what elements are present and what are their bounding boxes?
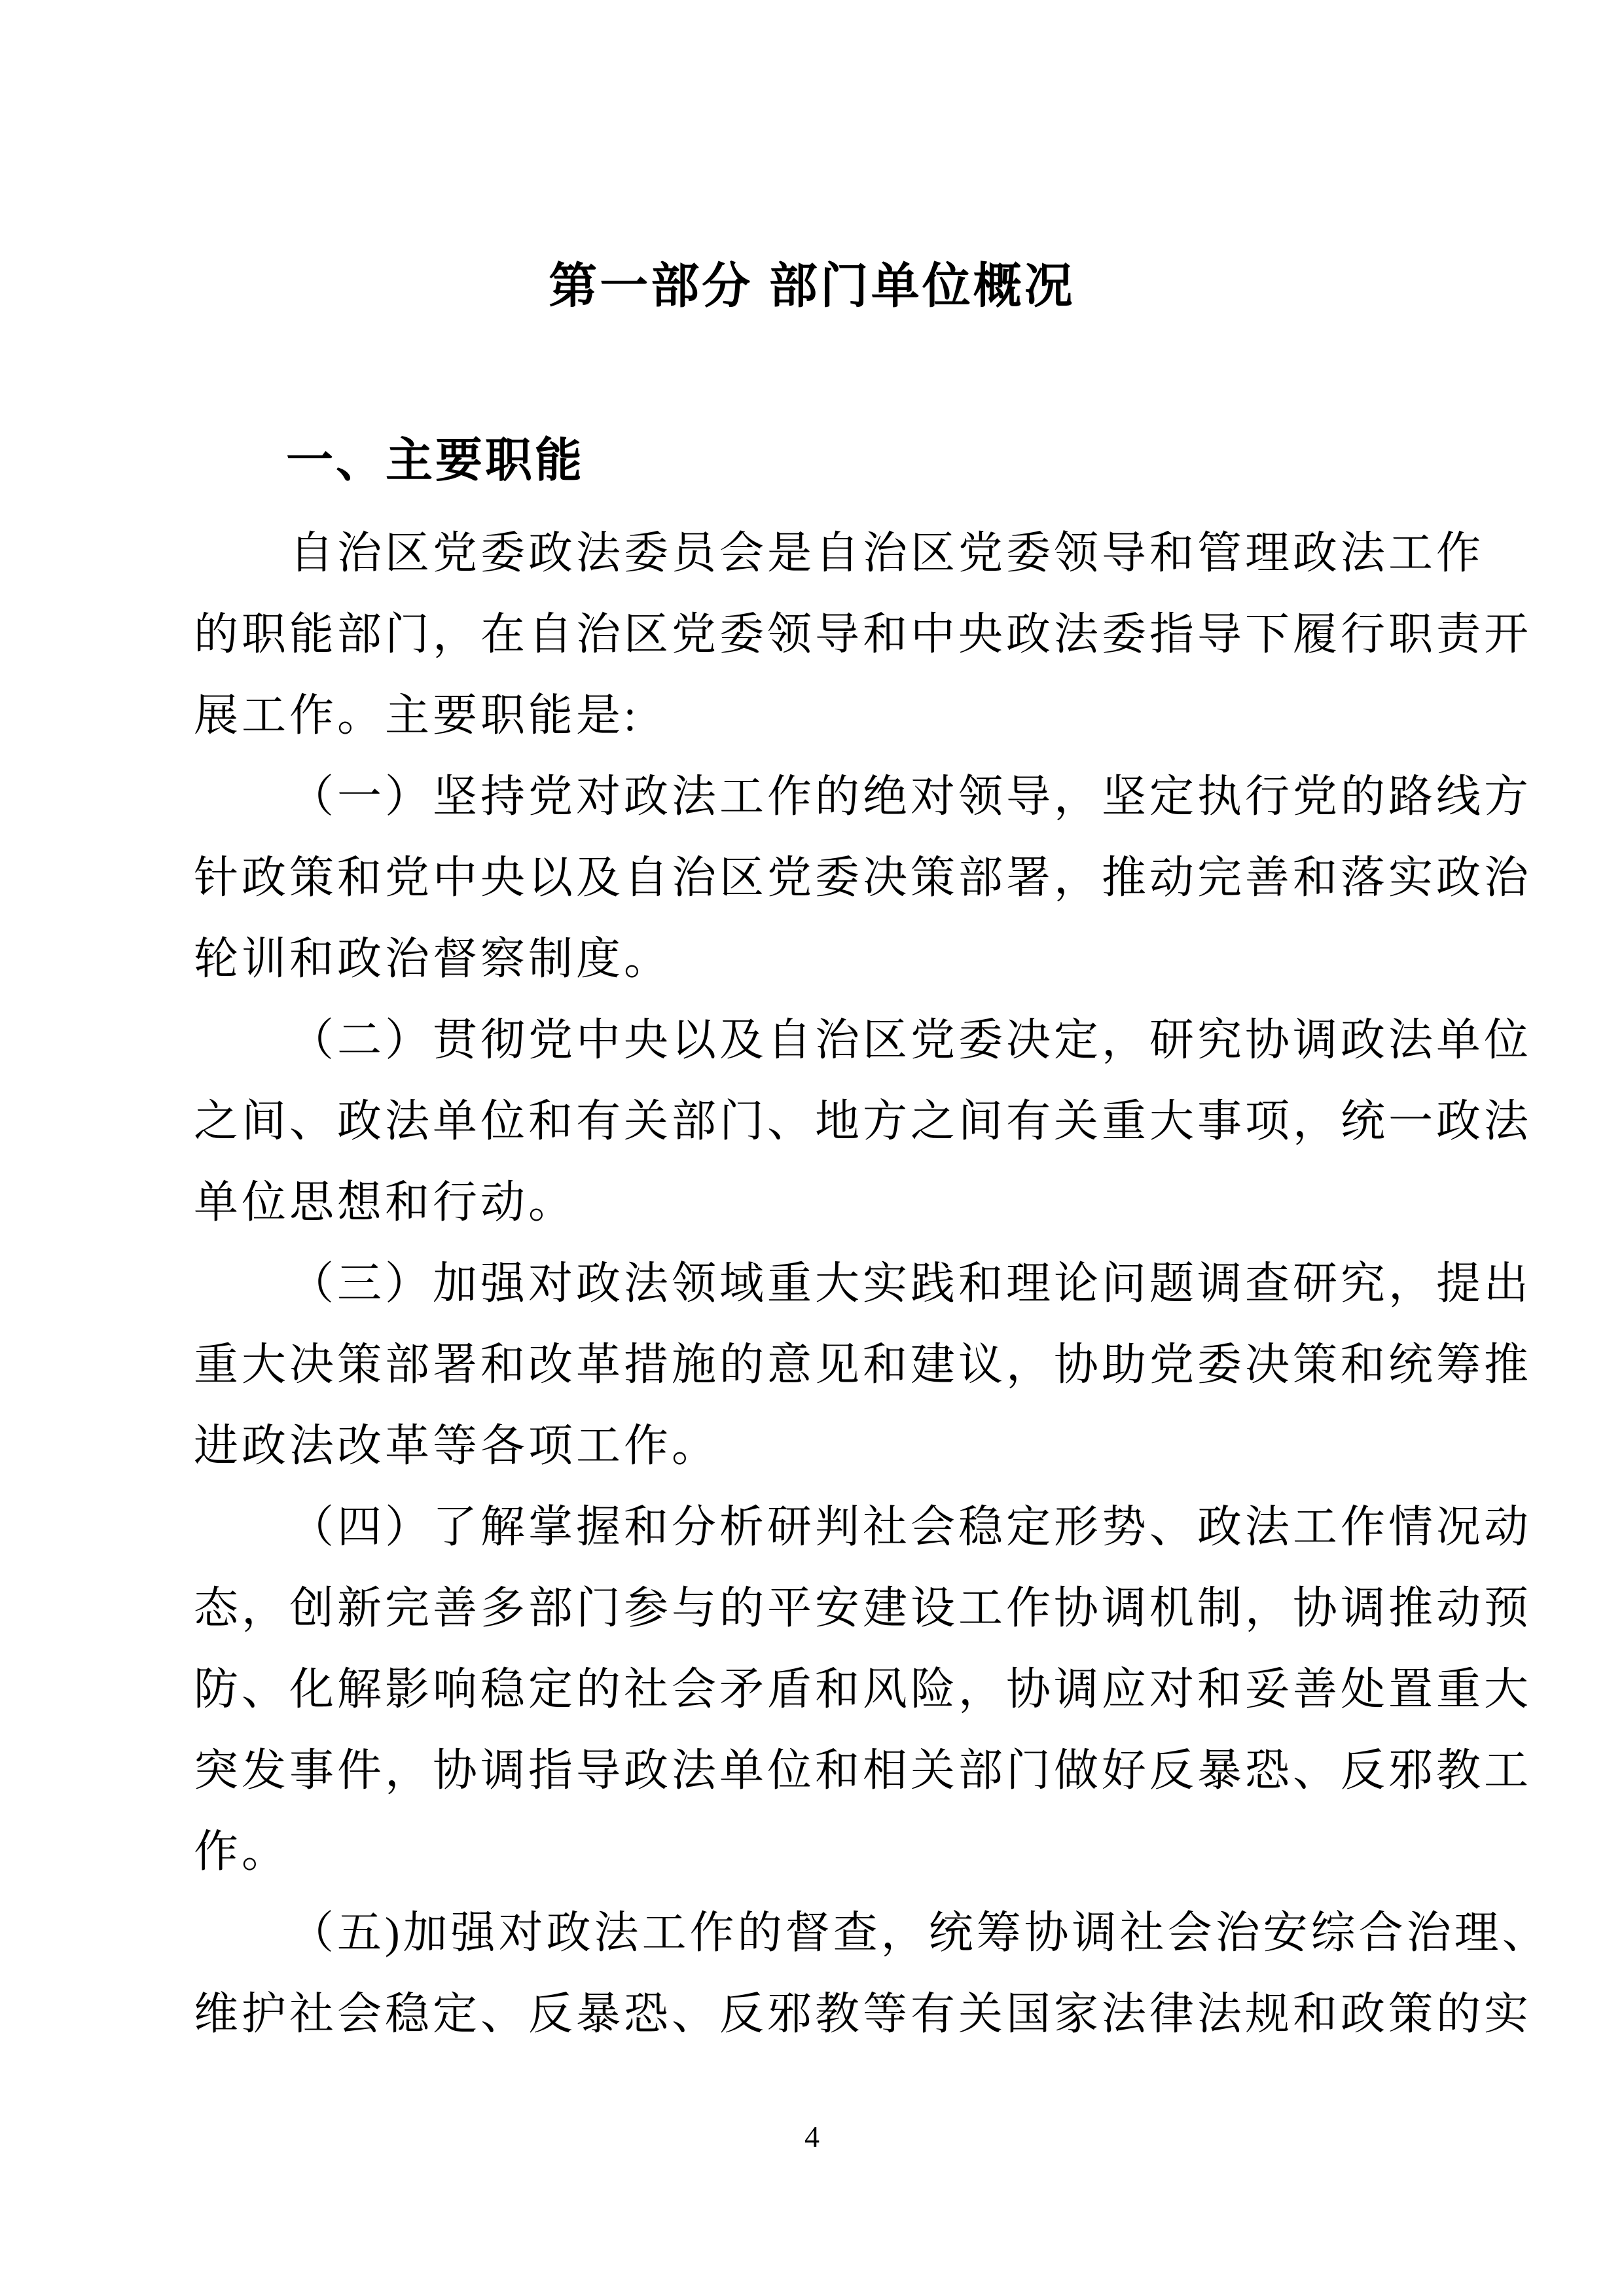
body-line: 重大决策部署和改革措施的意见和建议，协助党委决策和统筹推 xyxy=(194,1324,1431,1405)
section-heading: 一、主要职能 xyxy=(286,422,585,490)
body-line: 自治区党委政法委员会是自治区党委领导和管理政法工作 xyxy=(194,512,1431,594)
body-line: 展工作。主要职能是: xyxy=(194,675,1431,756)
body-line: 维护社会稳定、反暴恐、反邪教等有关国家法律法规和政策的实 xyxy=(194,1973,1431,2054)
body-line: （四）了解掌握和分析研判社会稳定形势、政法工作情况动 xyxy=(194,1486,1431,1568)
body-line: 针政策和党中央以及自治区党委决策部署，推动完善和落实政治 xyxy=(194,837,1431,918)
body-line: 轮训和政治督察制度。 xyxy=(194,918,1431,999)
document-body: 自治区党委政法委员会是自治区党委领导和管理政法工作的职能部门，在自治区党委领导和… xyxy=(194,512,1431,2054)
page-number: 4 xyxy=(0,2119,1624,2154)
body-line: 态，创新完善多部门参与的平安建设工作协调机制，协调推动预 xyxy=(194,1568,1431,1649)
body-line: 之间、政法单位和有关部门、地方之间有关重大事项，统一政法 xyxy=(194,1081,1431,1162)
body-line: （五)加强对政法工作的督查，统筹协调社会治安综合治理、 xyxy=(194,1892,1431,1973)
body-line: 防、化解影响稳定的社会矛盾和风险，协调应对和妥善处置重大 xyxy=(194,1649,1431,1730)
body-line: （一）坚持党对政法工作的绝对领导，坚定执行党的路线方 xyxy=(194,756,1431,837)
body-line: 的职能部门，在自治区党委领导和中央政法委指导下履行职责开 xyxy=(194,594,1431,675)
body-line: 作。 xyxy=(194,1811,1431,1892)
body-line: （三）加强对政法领域重大实践和理论问题调查研究，提出 xyxy=(194,1243,1431,1324)
body-line: 突发事件，协调指导政法单位和相关部门做好反暴恐、反邪教工 xyxy=(194,1730,1431,1811)
document-page: 第一部分 部门单位概况 一、主要职能 自治区党委政法委员会是自治区党委领导和管理… xyxy=(0,0,1624,2296)
body-line: 进政法改革等各项工作。 xyxy=(194,1405,1431,1486)
body-line: 单位思想和行动。 xyxy=(194,1162,1431,1243)
page-title: 第一部分 部门单位概况 xyxy=(0,247,1624,317)
body-line: （二）贯彻党中央以及自治区党委决定，研究协调政法单位 xyxy=(194,999,1431,1081)
